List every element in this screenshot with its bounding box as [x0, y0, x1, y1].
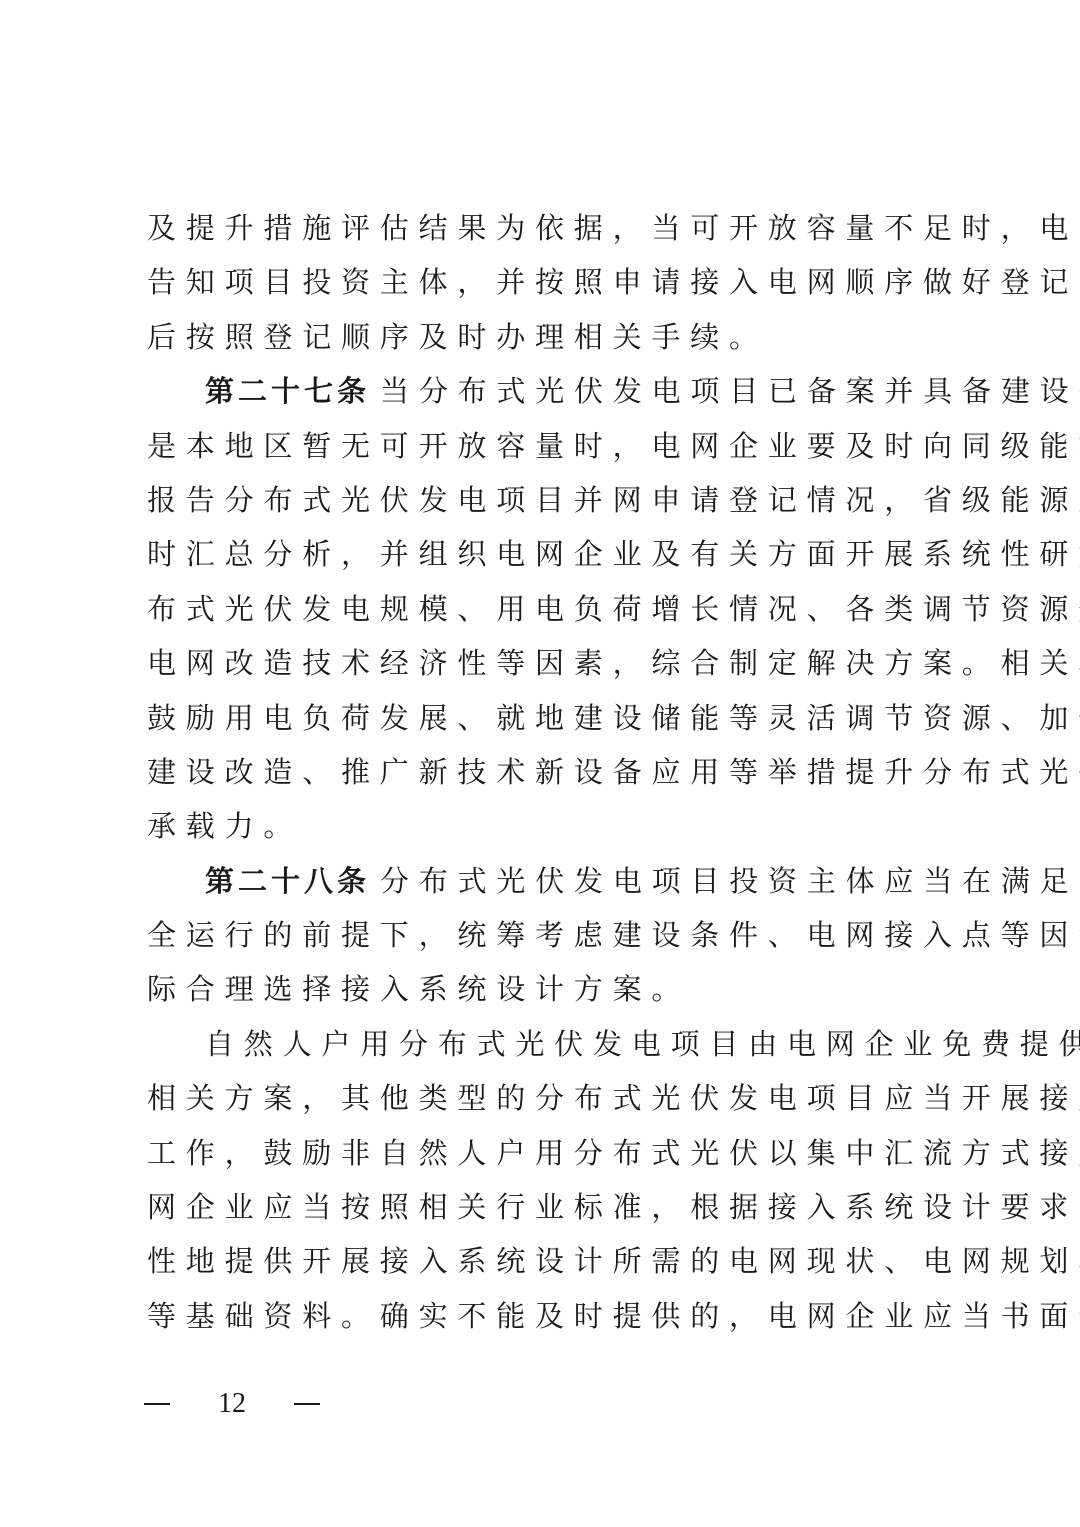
text-line: 自然人户用分布式光伏发电项目由电网企业免费提供接入系统: [147, 1017, 947, 1071]
text-line: 后按照登记顺序及时办理相关手续。: [147, 310, 947, 364]
paragraph: 自然人户用分布式光伏发电项目由电网企业免费提供接入系统 相关方案，其他类型的分布…: [147, 1017, 947, 1343]
text-line: 网企业应当按照相关行业标准，根据接入系统设计要求，及时一次: [147, 1180, 947, 1234]
text-line: 第二十八条分布式光伏发电项目投资主体应当在满足电网安: [147, 854, 947, 908]
text-line: 全运行的前提下，统筹考虑建设条件、电网接入点等因素，结合实: [147, 908, 947, 962]
text-line: 承载力。: [147, 799, 947, 853]
text-line: 等基础资料。确实不能及时提供的，电网企业应当书面告知项目投: [147, 1289, 947, 1343]
text-line: 及提升措施评估结果为依据，当可开放容量不足时，电网企业应当: [147, 201, 947, 255]
article-28: 第二十八条分布式光伏发电项目投资主体应当在满足电网安 全运行的前提下，统筹考虑建…: [147, 854, 947, 1017]
text-line: 布式光伏发电规模、用电负荷增长情况、各类调节资源开发条件和: [147, 582, 947, 636]
article-text: 当分布式光伏发电项目已备案并具备建设条件，但: [380, 374, 1080, 408]
text-line: 鼓励用电负荷发展、就地建设储能等灵活调节资源、加快相关电网: [147, 691, 947, 745]
text-line: 建设改造、推广新技术新设备应用等举措提升分布式光伏接入电网: [147, 745, 947, 799]
page-number: 12: [218, 1388, 246, 1420]
text-line: 报告分布式光伏发电项目并网申请登记情况，省级能源主管部门及: [147, 473, 947, 527]
text-line: 相关方案，其他类型的分布式光伏发电项目应当开展接入系统设计: [147, 1071, 947, 1125]
text-line: 是本地区暂无可开放容量时，电网企业要及时向同级能源主管部门: [147, 419, 947, 473]
text-line: 告知项目投资主体，并按照申请接入电网顺序做好登记，具备条件: [147, 255, 947, 309]
paragraph-continuation: 及提升措施评估结果为依据，当可开放容量不足时，电网企业应当 告知项目投资主体，并…: [147, 201, 947, 364]
text-line: 第二十七条当分布式光伏发电项目已备案并具备建设条件，但: [147, 364, 947, 418]
article-number: 第二十七条: [205, 374, 370, 408]
footer-dash-left: [144, 1403, 170, 1404]
text-line: 性地提供开展接入系统设计所需的电网现状、电网规划、接入条件: [147, 1234, 947, 1288]
article-27: 第二十七条当分布式光伏发电项目已备案并具备建设条件，但 是本地区暂无可开放容量时…: [147, 364, 947, 854]
text-line: 时汇总分析，并组织电网企业及有关方面开展系统性研究，统筹分: [147, 527, 947, 581]
text-line: 电网改造技术经济性等因素，综合制定解决方案。相关单位可采取: [147, 636, 947, 690]
article-number: 第二十八条: [205, 864, 370, 898]
article-text: 分布式光伏发电项目投资主体应当在满足电网安: [380, 864, 1080, 898]
footer-dash-right: [294, 1403, 320, 1404]
text-line: 际合理选择接入系统设计方案。: [147, 962, 947, 1016]
page-footer: 12: [144, 1388, 320, 1420]
text-line: 工作，鼓励非自然人户用分布式光伏以集中汇流方式接入电网。电: [147, 1126, 947, 1180]
document-page: 及提升措施评估结果为依据，当可开放容量不足时，电网企业应当 告知项目投资主体，并…: [147, 201, 947, 1343]
